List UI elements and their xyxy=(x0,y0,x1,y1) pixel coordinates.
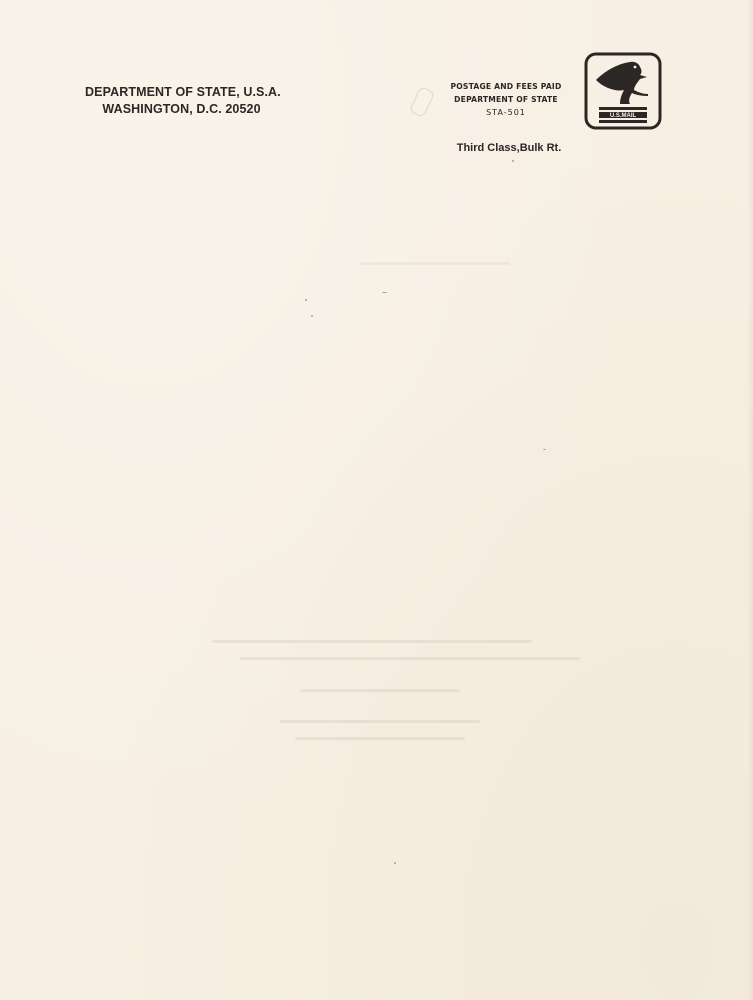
return-address-line-2: WASHINGTON, D.C. 20520 xyxy=(85,101,278,118)
permit-number: STA-501 xyxy=(436,106,576,119)
paper-speck xyxy=(382,292,387,293)
us-mail-text: U.S.MAIL xyxy=(610,113,637,119)
paper-smudge xyxy=(409,86,435,118)
paper-texture xyxy=(0,0,753,1000)
paper-speck xyxy=(512,160,514,162)
us-mail-eagle-icon: U.S.MAIL xyxy=(584,52,662,130)
paper-speck xyxy=(311,315,313,317)
postage-paid-line: POSTAGE AND FEES PAID xyxy=(436,80,576,93)
paper-speck xyxy=(305,299,307,301)
paper-speck xyxy=(543,449,546,450)
postage-department-line: DEPARTMENT OF STATE xyxy=(436,93,576,106)
postage-indicia: POSTAGE AND FEES PAID DEPARTMENT OF STAT… xyxy=(436,80,576,119)
return-address-line-1: DEPARTMENT OF STATE, U.S.A. xyxy=(85,84,278,101)
return-address: DEPARTMENT OF STATE, U.S.A. WASHINGTON, … xyxy=(85,84,278,118)
mail-class-label: Third Class,Bulk Rt. xyxy=(444,142,574,154)
paper-speck xyxy=(394,862,396,864)
paper-edge xyxy=(747,0,753,1000)
